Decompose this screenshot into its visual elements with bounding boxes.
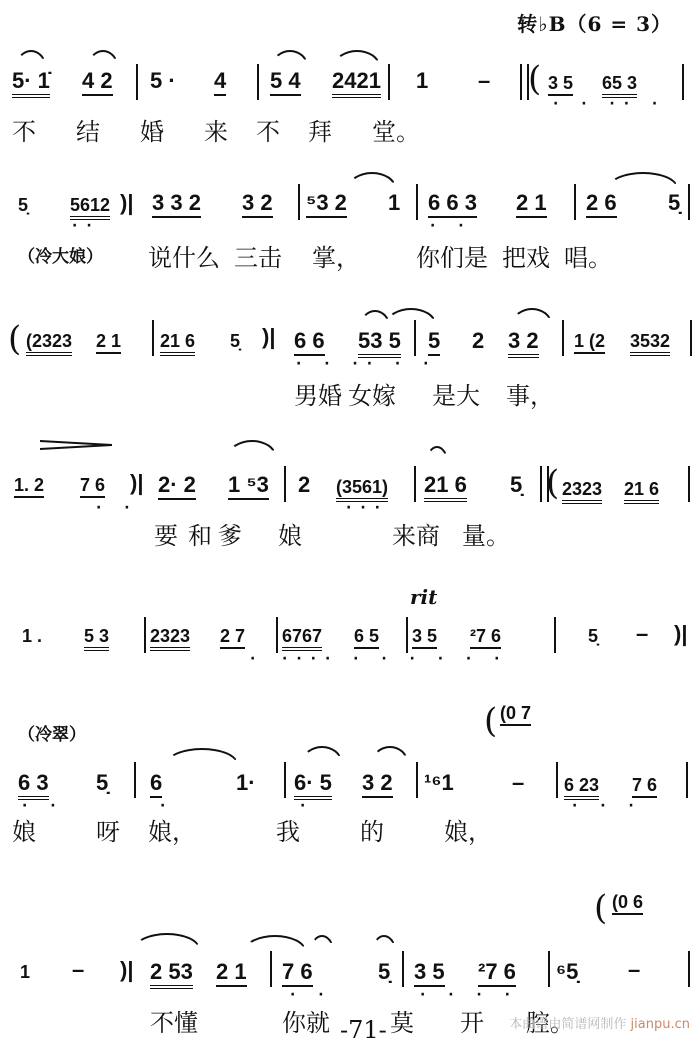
slur [88, 50, 118, 66]
note-group: )| [120, 957, 133, 983]
note-group: – [636, 621, 648, 647]
note-group: 2 1 [96, 328, 121, 354]
note-group: 5̣ [378, 959, 390, 985]
note-group: 3 2 [508, 328, 539, 354]
barline [688, 184, 690, 220]
barline [688, 951, 690, 987]
note-group: 6 6 3 [428, 190, 477, 216]
lower-octave-dots: · · [430, 218, 473, 234]
slur [228, 440, 276, 456]
note-group: 4 [214, 68, 226, 94]
note-group: 6767 [282, 623, 322, 649]
barline [548, 951, 550, 987]
note-group: 6 5 [354, 623, 379, 649]
instrument-entry: (0 7 [500, 700, 531, 726]
note-group: 1 . [22, 623, 42, 649]
note-group: 2 [298, 472, 310, 498]
note-group: ⁶5̣ [556, 959, 578, 985]
barline [406, 617, 408, 653]
watermark-site: jianpu.cn [631, 1017, 690, 1032]
barline [257, 64, 259, 100]
note-group: 53 5 [358, 328, 401, 354]
note-group: ⁵3 2 [306, 190, 347, 216]
slur [272, 50, 308, 66]
barline [688, 466, 690, 502]
barline [136, 64, 138, 100]
note-group: 5̣ [230, 328, 240, 354]
lyrics-line: 不结婚来不拜堂。 [12, 112, 420, 147]
barline [686, 762, 688, 798]
note-group: 3 3 2 [152, 190, 201, 216]
barline [416, 184, 418, 220]
lower-octave-dots: · · · [572, 798, 643, 814]
lyrics-line: 娘呀娘，我的娘， [12, 812, 492, 847]
note-group: 5̣ [510, 472, 522, 498]
slur [608, 172, 678, 188]
note-group: 7 6 [80, 472, 105, 498]
note-group: 6· 5 [294, 770, 332, 796]
slur [372, 935, 396, 951]
slur [302, 746, 342, 762]
note-group: 1 [20, 959, 30, 985]
note-group: – [72, 957, 84, 983]
slur [512, 308, 552, 324]
barline [388, 64, 390, 100]
slur [334, 50, 380, 66]
slur [310, 935, 334, 951]
note-group: 2 [472, 328, 484, 354]
note-group: 5 [428, 328, 440, 354]
lower-octave-dots: · [250, 651, 264, 667]
lower-octave-dots: · · ·· · [553, 96, 666, 112]
note-group: 1· [236, 770, 256, 796]
note-group: 2 1 [516, 190, 547, 216]
note-group: 1 ⁵3 [228, 472, 269, 498]
note-group: 5612 [70, 192, 110, 218]
note-group: 5̣ [96, 770, 108, 796]
page-number: -71- [340, 1016, 387, 1044]
slur [386, 308, 436, 324]
note-group: 7 6 [282, 959, 313, 985]
slur [426, 446, 448, 462]
note-group: 5· 1̇ [12, 68, 50, 94]
note-group: )| [674, 621, 687, 647]
note-group: 5 4 [270, 68, 301, 94]
lower-octave-dots: · · · · [420, 987, 519, 1003]
note-group: 2 7 [220, 623, 245, 649]
watermark: 本曲谱由简谱网制作 jianpu.cn [509, 1013, 690, 1032]
barline [414, 466, 416, 502]
note-group: 6 [150, 770, 162, 796]
open-paren: ( [546, 466, 559, 500]
note-group: )| [262, 324, 275, 350]
note-group: 2 6 [586, 190, 617, 216]
note-group: )| [130, 470, 143, 496]
note-group: ²7 6 [478, 959, 516, 985]
note-group: 21 6 [160, 328, 195, 354]
slur [372, 746, 408, 762]
note-group: 5̣ [588, 623, 598, 649]
note-group: 1 [388, 190, 400, 216]
note-group: 3 5 [412, 623, 437, 649]
role-label: （冷大娘） [18, 242, 103, 267]
barline [152, 320, 154, 356]
note-group: 4 2 [82, 68, 113, 94]
barline [682, 64, 684, 100]
note-group: 5̣ [18, 192, 28, 218]
slur [134, 933, 200, 949]
instrument-entry: (0 6 [612, 889, 643, 915]
barline [284, 466, 286, 502]
note-group: 5 · [150, 68, 176, 94]
note-group: ¹⁶1 [424, 770, 454, 796]
note-group: 3 5 [548, 70, 573, 96]
barline [276, 617, 278, 653]
lower-octave-dots: · · ·· · · [296, 356, 437, 372]
lyrics-line: 说什么三击掌，你们是把戏唱。 [148, 238, 612, 273]
note-group: 1 (2 [574, 328, 605, 354]
key-change-marking: 转♭B（6 = 3） [517, 8, 672, 37]
note-group: 2· 2 [158, 472, 196, 498]
barline [402, 951, 404, 987]
slur [244, 935, 306, 951]
role-label: （冷翠） [18, 720, 86, 745]
barline [554, 617, 556, 653]
lower-octave-dots: ···· · · · · · · [282, 651, 508, 667]
note-group: 2 1 [216, 959, 247, 985]
slur [16, 50, 46, 66]
note-group: ²7 6 [470, 623, 501, 649]
note-group: 6 3 [18, 770, 49, 796]
note-group: 6 6 [294, 328, 325, 354]
lower-octave-dots: ·· [72, 218, 101, 234]
barline [556, 762, 558, 798]
watermark-text: 本曲谱由简谱网制作 [509, 1017, 626, 1032]
lower-octave-dots: ··· [346, 500, 389, 516]
note-group: – [512, 770, 524, 796]
sheet-music-page: 转♭B（6 = 3） 5· 1̇ 4 2 5 · 4 5 4 2421 1 – … [0, 0, 700, 1050]
barline [134, 762, 136, 798]
note-group: – [478, 68, 490, 94]
note-group: (2323 [26, 328, 72, 354]
note-group: 1 [416, 68, 428, 94]
slur [166, 748, 238, 764]
lyrics-line: 男婚女嫁是大事， [294, 376, 554, 411]
tempo-mark-rit: rit [410, 585, 437, 609]
note-group: 2323 [150, 623, 190, 649]
note-group: 2 53 [150, 959, 193, 985]
barline [298, 184, 300, 220]
note-group: 5̣ [668, 190, 680, 216]
note-group: 3 2 [242, 190, 273, 216]
lower-octave-dots: · · [290, 987, 333, 1003]
open-paren: ( [484, 704, 497, 738]
note-group: 3532 [630, 328, 670, 354]
barline [416, 762, 418, 798]
note-group: 7 6 [632, 772, 657, 798]
barline [414, 320, 416, 356]
barline [284, 762, 286, 798]
barline [690, 320, 692, 356]
open-paren: ( [594, 891, 607, 925]
note-group: 2323 [562, 476, 602, 502]
note-group: 2421 [332, 68, 381, 94]
slur [348, 172, 396, 188]
decrescendo-hairpin [40, 440, 112, 450]
note-group: 3 2 [362, 770, 393, 796]
note-group: 3 5 [414, 959, 445, 985]
lower-octave-dots: · · [96, 500, 139, 516]
barline [574, 184, 576, 220]
note-group: 65 3 [602, 70, 637, 96]
note-group: 1. 2 [14, 472, 44, 498]
note-group: 21 6 [424, 472, 467, 498]
open-paren: ( [8, 322, 21, 356]
note-group: (3561) [336, 474, 388, 500]
note-group: – [628, 957, 640, 983]
barline [562, 320, 564, 356]
note-group: 5 3 [84, 623, 109, 649]
barline [144, 617, 146, 653]
note-group: 6 23 [564, 772, 599, 798]
barline [270, 951, 272, 987]
lyrics-line: 要和爹娘来商量。 [154, 516, 510, 551]
note-group: )| [120, 190, 133, 216]
open-paren: ( [528, 62, 541, 96]
note-group: 21 6 [624, 476, 659, 502]
